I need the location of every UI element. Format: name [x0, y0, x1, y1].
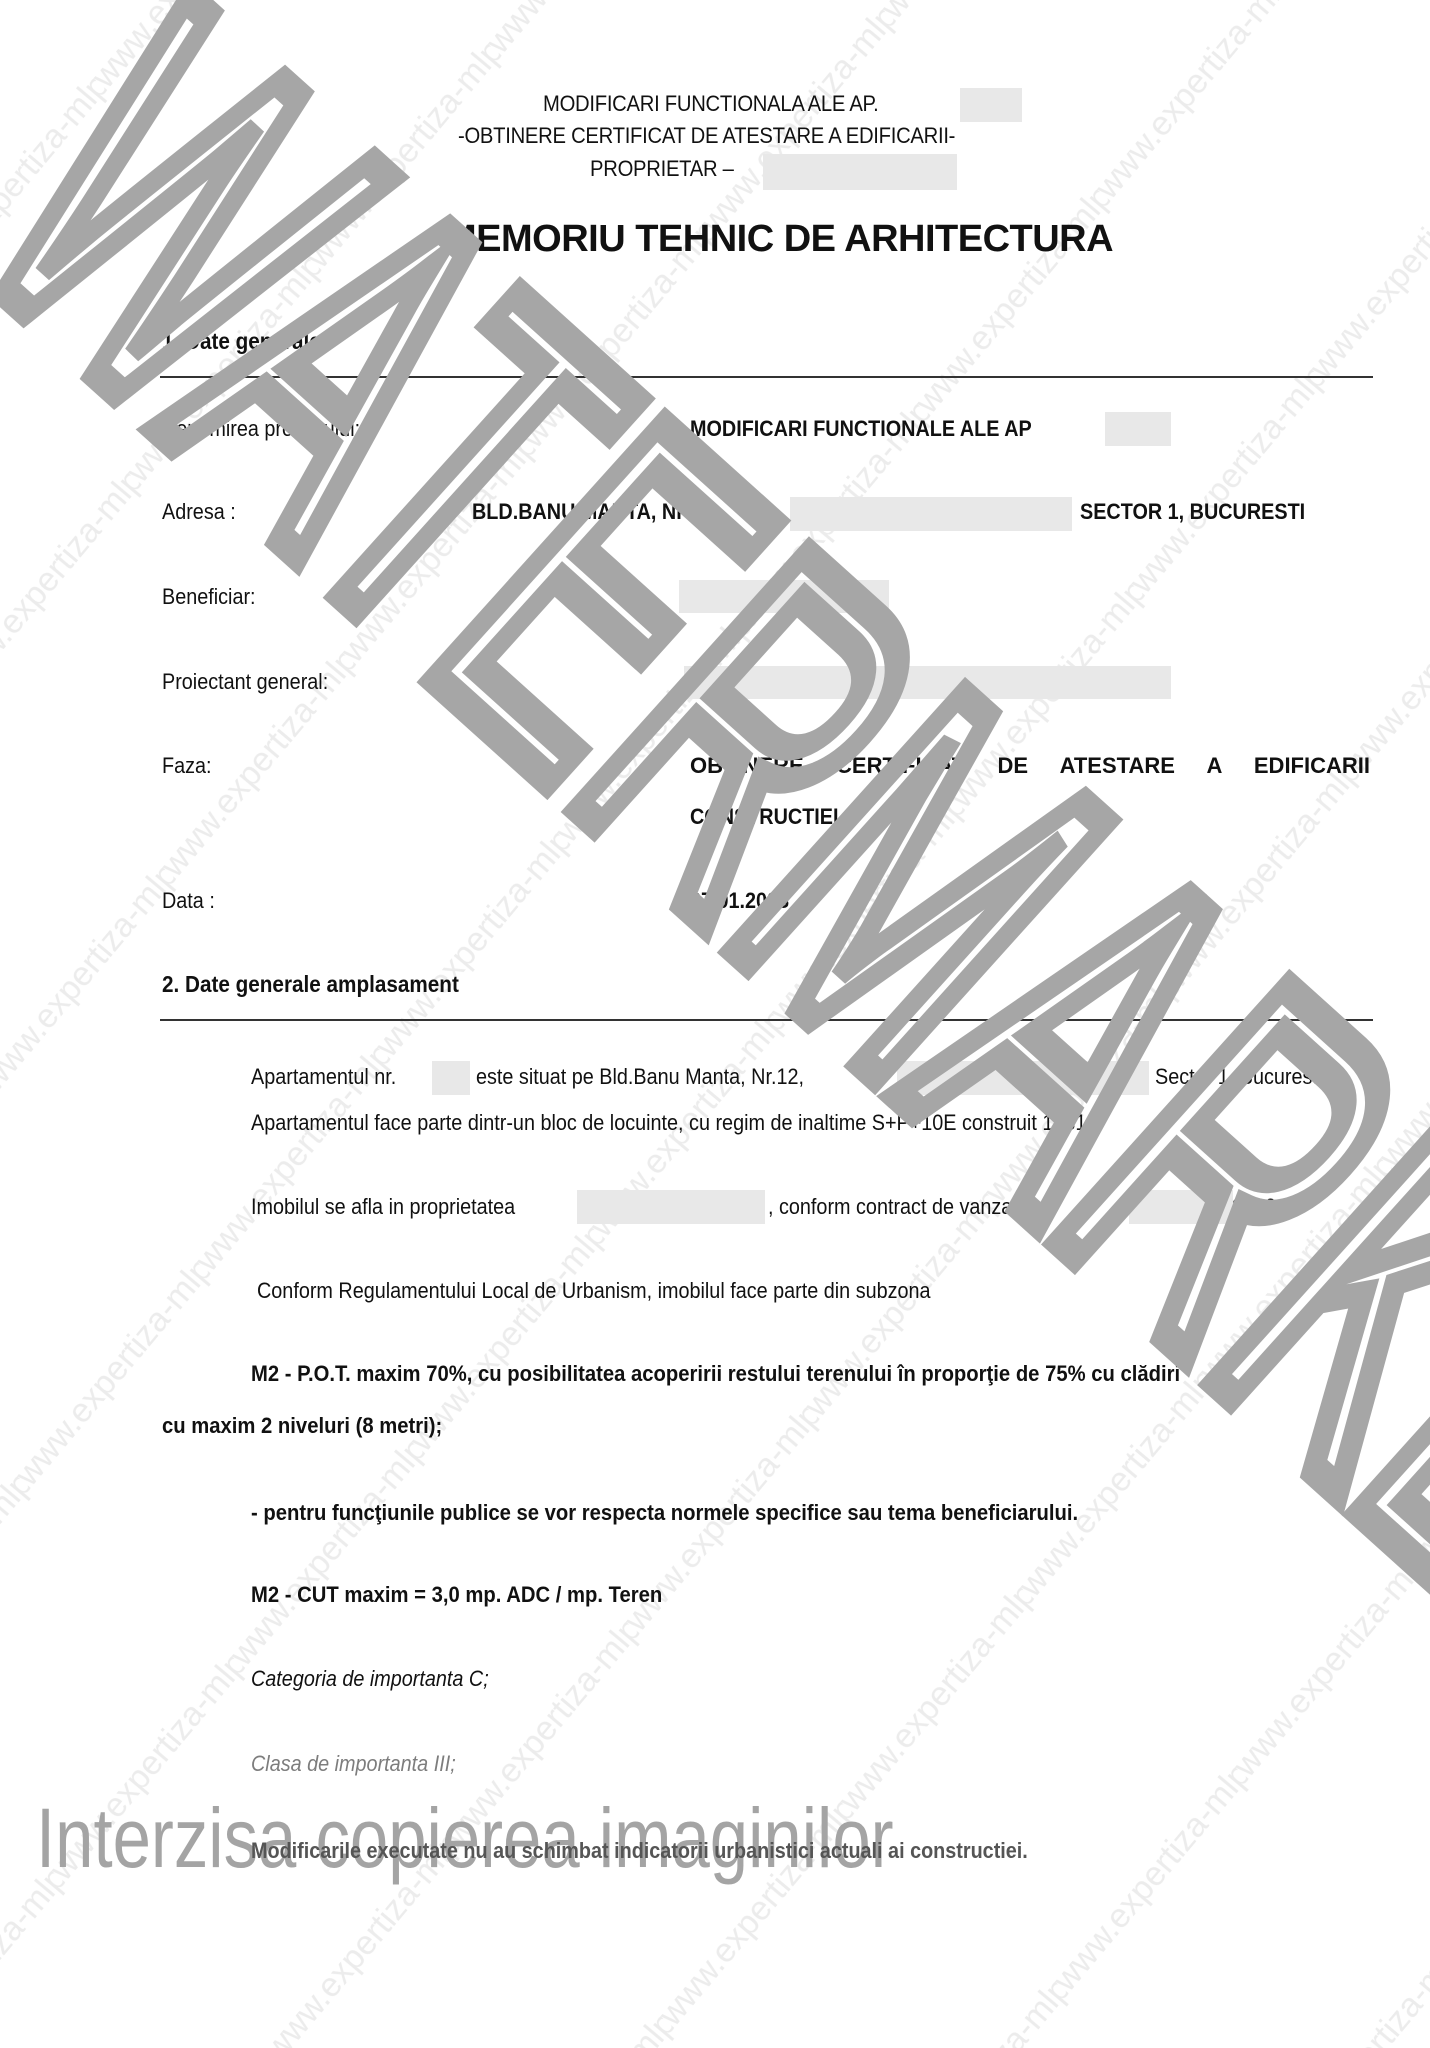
diagonal-watermark: WATERMARKET: [0, 0, 1430, 2048]
label-beneficiary: Beneficiar:: [162, 584, 256, 610]
value-address-sector: SECTOR 1, BUCURESTI: [1080, 499, 1305, 525]
section-2-divider: [160, 1019, 1373, 1021]
para-pot-line-1: M2 - P.O.T. maxim 70%, cu posibilitatea …: [251, 1361, 1180, 1387]
para-importance-category: Categoria de importanta C;: [251, 1666, 489, 1692]
label-date: Data :: [162, 888, 215, 914]
redacted-location-detail: [897, 1061, 1149, 1095]
para-pot-line-2: cu maxim 2 niveluri (8 metri);: [162, 1413, 442, 1439]
para-building-info: Apartamentul face parte dintr-un bloc de…: [251, 1110, 1092, 1136]
redacted-beneficiary: [679, 580, 889, 613]
label-project-name: Denumirea proiectului:: [162, 416, 360, 442]
redacted-contract-nr: [1129, 1190, 1233, 1224]
redacted-project-apartment: [1105, 412, 1171, 446]
redacted-general-designer: [684, 666, 1171, 699]
para-modifications-note: Modificarile executate nu au schimbat in…: [251, 1838, 1028, 1864]
header-line-3: PROPRIETAR –: [590, 156, 734, 182]
label-general-designer: Proiectant general:: [162, 669, 328, 695]
value-date: 27.01.2023: [690, 888, 789, 914]
value-address-street: BLD.BANU MANTA, NR.12,: [472, 499, 724, 525]
redacted-owner-name: [763, 154, 957, 190]
value-phase-line-1: OBTINERE CERTIFICAT DE ATESTARE A EDIFIC…: [690, 753, 1370, 779]
label-phase: Faza:: [162, 753, 212, 779]
para-ownership-c: 2022.: [1232, 1194, 1282, 1220]
redacted-address-detail: [790, 497, 1072, 531]
section-2-heading: 2. Date generale amplasament: [162, 971, 459, 998]
para-importance-class: Clasa de importanta III;: [251, 1751, 456, 1777]
para-cut: M2 - CUT maxim = 3,0 mp. ADC / mp. Teren: [251, 1582, 662, 1608]
para-urbanism: Conform Regulamentului Local de Urbanism…: [257, 1278, 931, 1304]
para-apartment-location-a: Apartamentul nr.: [251, 1064, 396, 1090]
para-ownership-b: , conform contract de vanzare nr.: [768, 1194, 1057, 1220]
redacted-owner: [577, 1190, 765, 1224]
header-line-1: MODIFICARI FUNCTIONALA ALE AP.: [543, 91, 879, 117]
header-line-2: -OBTINERE CERTIFICAT DE ATESTARE A EDIFI…: [458, 123, 955, 149]
page-title: MEMORIU TEHNIC DE ARHITECTURA: [445, 218, 1113, 261]
section-1-divider: [160, 376, 1373, 378]
para-ownership-a: Imobilul se afla in proprietatea: [251, 1194, 515, 1220]
para-apartment-location-c: Sector 1, Bucuresti.: [1155, 1064, 1328, 1090]
label-address: Adresa :: [162, 499, 236, 525]
section-1-heading: 1. Date generale: [162, 328, 321, 355]
background-watermark-pattern: www.expertiza-mlpat.ro: [0, 0, 1430, 2048]
redacted-apt-nr: [432, 1061, 470, 1095]
para-public-functions: - pentru funcţiunile publice se vor resp…: [251, 1500, 1078, 1526]
redacted-apartment-number: [960, 88, 1022, 122]
value-project-name: MODIFICARI FUNCTIONALE ALE AP: [690, 416, 1032, 442]
value-phase-line-2: CONSTRUCTIEI: [690, 804, 839, 830]
para-apartment-location-b: este situat pe Bld.Banu Manta, Nr.12,: [476, 1064, 804, 1090]
